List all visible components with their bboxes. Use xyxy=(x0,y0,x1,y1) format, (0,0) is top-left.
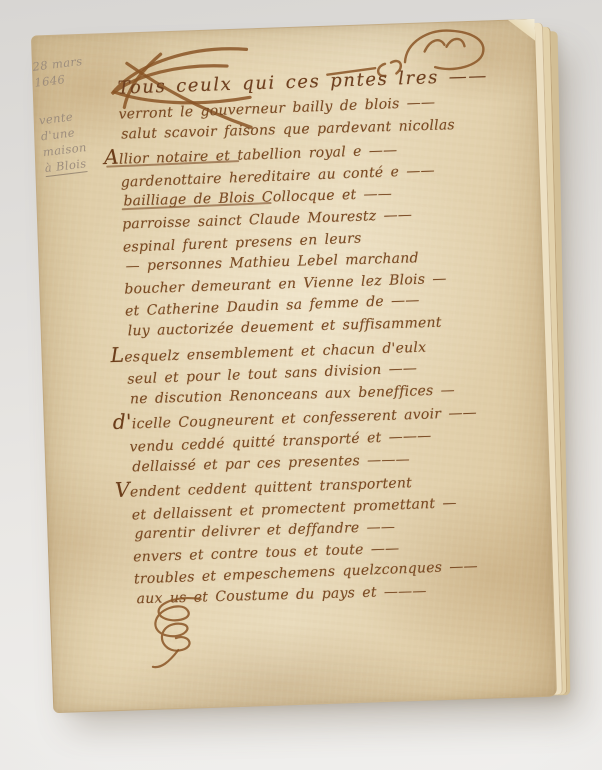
ink-paraph-bottom xyxy=(136,590,231,677)
manuscript-page: 28 mars 1646 vente d'une maison à Blois … xyxy=(31,19,557,713)
folded-corner xyxy=(508,19,536,44)
margin-note-pencil: 28 mars 1646 vente d'une maison à Blois xyxy=(32,53,96,177)
margin-note-place: à Blois xyxy=(44,155,88,177)
photo-background: 28 mars 1646 vente d'une maison à Blois … xyxy=(0,0,602,770)
manuscript-text: Tous ceulx qui ces pntes lres —— verront… xyxy=(117,60,543,612)
